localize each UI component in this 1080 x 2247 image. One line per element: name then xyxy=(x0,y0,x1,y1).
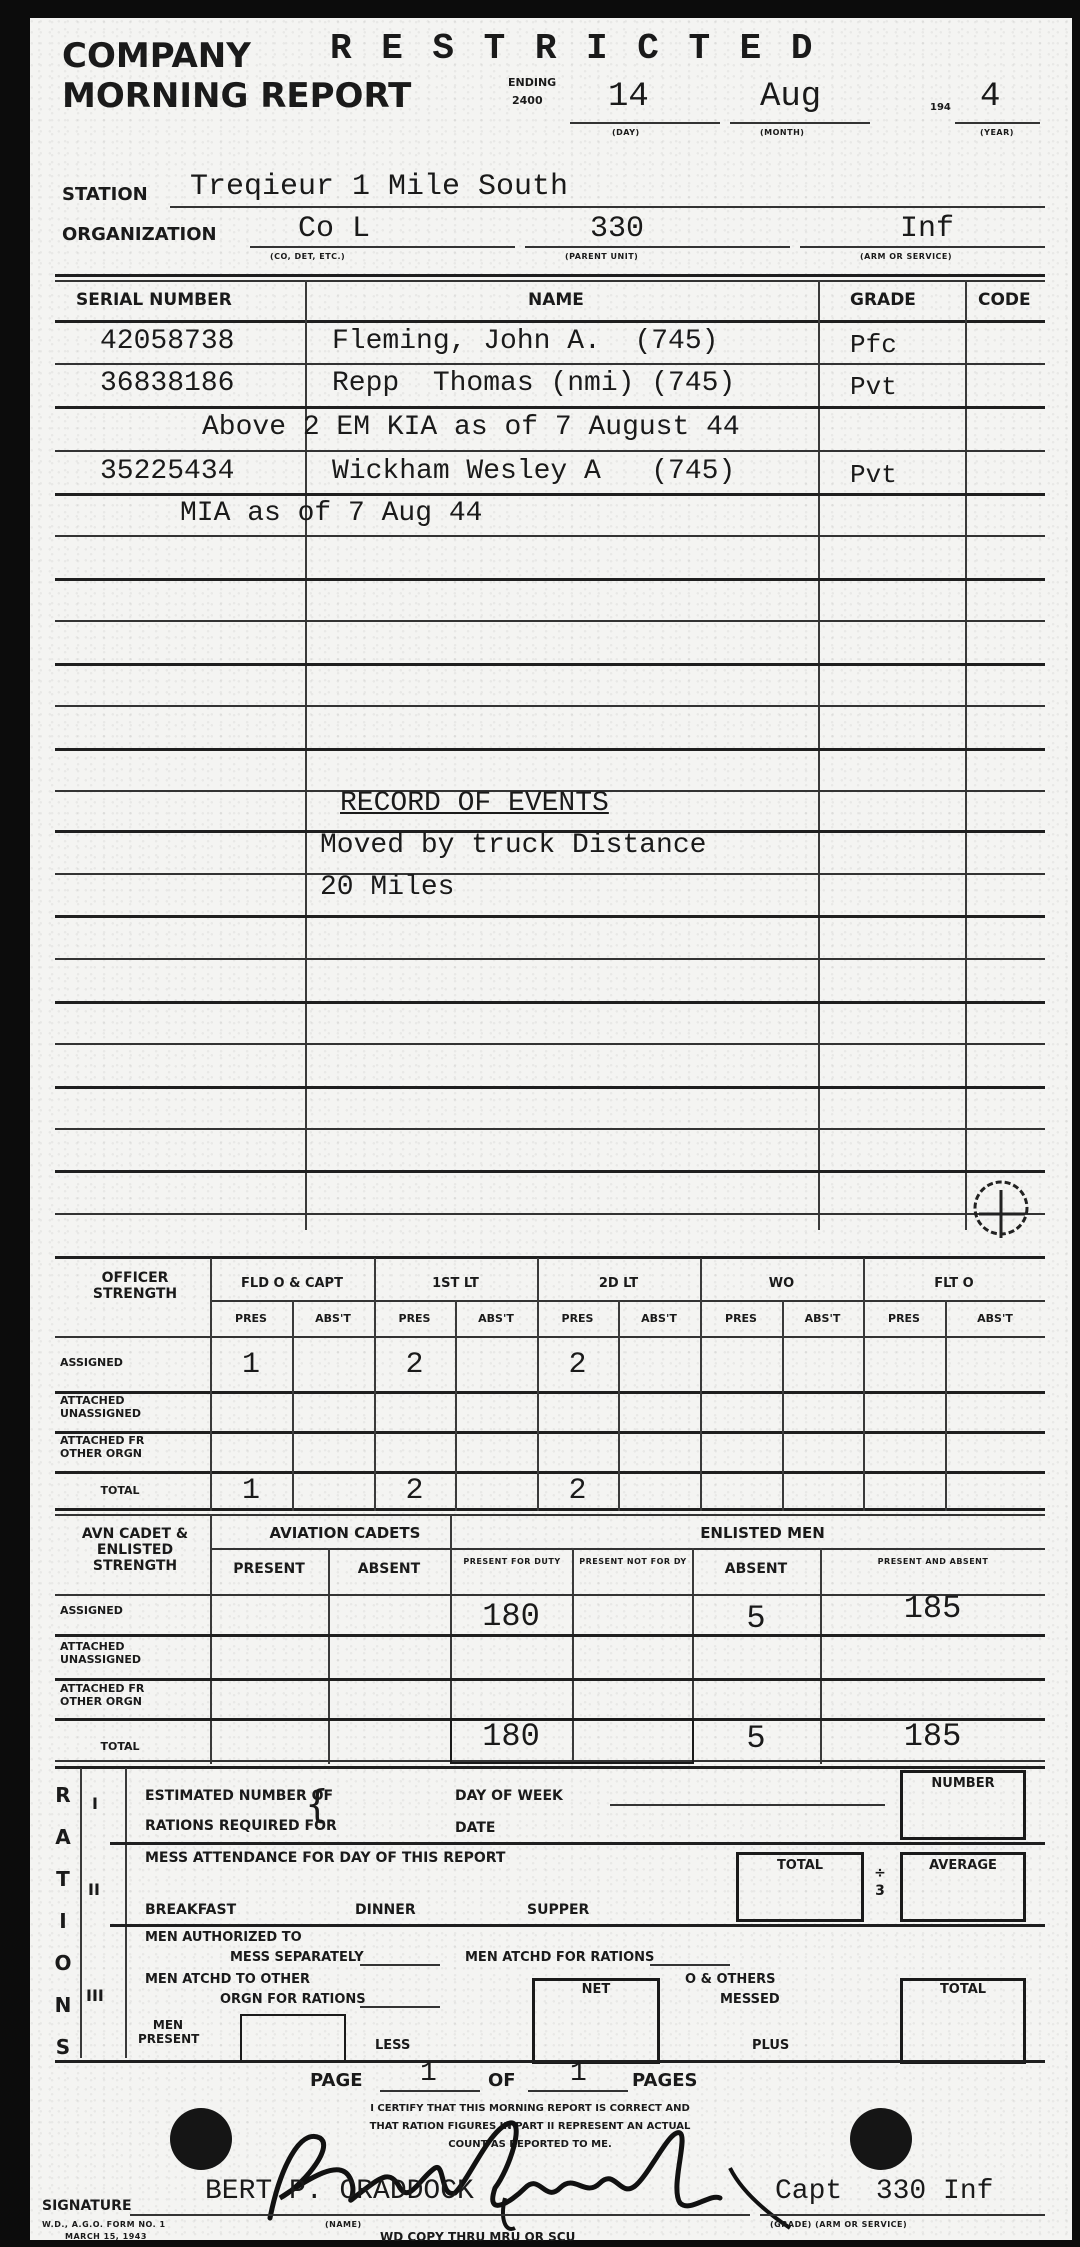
men-atchd-for-rations: MEN ATCHD FOR RATIONS xyxy=(465,1950,654,1965)
punch-hole-left xyxy=(170,2108,232,2170)
punch-hole-right xyxy=(850,2108,912,2170)
col-header-serial: SERIAL NUMBER xyxy=(76,290,232,310)
signer-name: BERT P. CRADDOCK xyxy=(205,2176,474,2207)
row4-name: Wickham Wesley A (745) xyxy=(332,456,735,487)
sub-header-abst: ABS'T xyxy=(782,1312,863,1325)
row4-serial: 35225434 xyxy=(100,456,234,487)
men-authorized-line2: MESS SEPARATELY xyxy=(230,1950,364,1965)
officer-total-fld-pres: 1 xyxy=(210,1474,292,1508)
enlisted-assigned-present-for-duty: 180 xyxy=(450,1598,572,1635)
day-of-week-label: DAY OF WEEK xyxy=(455,1788,563,1804)
row2-name: Repp Thomas (nmi) (745) xyxy=(332,368,735,399)
row1-serial: 42058738 xyxy=(100,326,234,357)
o-others-line2: MESSED xyxy=(720,1992,780,2007)
form-title-line1: COMPANY xyxy=(62,36,251,76)
rations-total-label: TOTAL xyxy=(900,1982,1026,1997)
divide-by-three: ÷ 3 xyxy=(868,1864,892,1900)
enlisted-assigned-present-and-absent: 185 xyxy=(820,1590,1045,1627)
men-atchd-other-line1: MEN ATCHD TO OTHER xyxy=(145,1972,310,1987)
dinner-label: DINNER xyxy=(355,1902,416,1918)
section-iii-numeral: III xyxy=(86,1986,104,2005)
enlisted-strength-header: AVN CADET & ENLISTED STRENGTH xyxy=(60,1526,210,1574)
record-of-events-line2: 20 Miles xyxy=(320,872,454,903)
row1-grade: Pfc xyxy=(850,330,897,360)
rations-side-letters: R A T I O N S xyxy=(52,1774,74,2068)
less-label: LESS xyxy=(375,2038,410,2053)
signer-grade-unit: Capt 330 Inf xyxy=(775,2176,993,2207)
enlisted-assigned-absent: 5 xyxy=(692,1600,820,1637)
arm-label: (ARM OR SERVICE) xyxy=(860,252,952,261)
officer-strength-header: OFFICER STRENGTH xyxy=(60,1270,210,1302)
officer-total-2d-pres: 2 xyxy=(537,1474,618,1508)
group-flt-o: FLT O xyxy=(863,1276,1045,1291)
organization-arm: Inf xyxy=(900,212,954,246)
morning-report-form: COMPANY MORNING REPORT R E S T R I C T E… xyxy=(30,18,1072,2240)
men-authorized-line1: MEN AUTHORIZED TO xyxy=(145,1930,302,1945)
col-header-grade: GRADE xyxy=(850,290,916,310)
mess-attendance-label: MESS ATTENDANCE FOR DAY OF THIS REPORT xyxy=(145,1850,505,1866)
sub-header-present-not-for-duty: PRESENT NOT FOR DY xyxy=(574,1554,692,1570)
brace-icon: { xyxy=(305,1782,329,1826)
month-label: (MONTH) xyxy=(760,128,804,137)
sub-header-pres: PRES xyxy=(537,1312,618,1325)
group-1st-lt: 1ST LT xyxy=(374,1276,537,1291)
sub-header-cadets-present: PRESENT xyxy=(210,1561,328,1577)
col-header-code: CODE xyxy=(978,290,1031,310)
organization-parent-unit: 330 xyxy=(590,212,644,246)
col-header-name: NAME xyxy=(528,290,584,310)
company-label: (CO, DET, ETC.) xyxy=(270,252,345,261)
report-month: Aug xyxy=(760,78,821,116)
section-ii-numeral: II xyxy=(88,1880,100,1899)
group-2d-lt: 2D LT xyxy=(537,1276,700,1291)
signature-label: SIGNATURE xyxy=(42,2198,132,2214)
date-label: DATE xyxy=(455,1820,495,1836)
ending-time: 2400 xyxy=(512,94,543,107)
enlisted-total-absent: 5 xyxy=(692,1720,820,1757)
sub-header-abst: ABS'T xyxy=(945,1312,1045,1325)
handwritten-signature xyxy=(240,2108,800,2238)
men-atchd-other-line2: ORGN FOR RATIONS xyxy=(220,1992,366,2007)
number-label: NUMBER xyxy=(900,1776,1026,1791)
day-label: (DAY) xyxy=(612,128,640,137)
row4-grade: Pvt xyxy=(850,460,897,490)
report-day: 14 xyxy=(608,78,649,116)
record-of-events-line1: Moved by truck Distance xyxy=(320,830,706,861)
routing-note: WD COPY THRU MRU OR SCU xyxy=(380,2230,575,2244)
officer-assigned-2d-pres: 2 xyxy=(537,1348,618,1382)
year-label: (YEAR) xyxy=(980,128,1014,137)
parent-unit-label: (PARENT UNIT) xyxy=(565,252,638,261)
form-date: MARCH 15, 1943 xyxy=(65,2232,147,2241)
section-i-numeral: I xyxy=(92,1794,98,1813)
group-wo: WO xyxy=(700,1276,863,1291)
officer-row-label-total: TOTAL xyxy=(60,1484,180,1497)
officer-row-label-assigned: ASSIGNED xyxy=(60,1356,208,1369)
plus-label: PLUS xyxy=(752,2038,789,2053)
average-label: AVERAGE xyxy=(900,1858,1026,1873)
group-enlisted-men: ENLISTED MEN xyxy=(480,1524,1045,1542)
enlisted-row-label-total: TOTAL xyxy=(60,1740,180,1753)
o-others-line1: O & OTHERS xyxy=(685,1972,776,1987)
sub-header-pres: PRES xyxy=(374,1312,455,1325)
ending-label: ENDING xyxy=(508,76,556,89)
sub-header-pres: PRES xyxy=(700,1312,782,1325)
row2-serial: 36838186 xyxy=(100,368,234,399)
total-pages: 1 xyxy=(570,2058,587,2089)
sub-header-abst: ABS'T xyxy=(455,1312,537,1325)
grade-label: (GRADE) (ARM OR SERVICE) xyxy=(770,2220,907,2229)
supper-label: SUPPER xyxy=(527,1902,589,1918)
of-label: OF xyxy=(488,2070,516,2091)
organization-company: Co L xyxy=(298,212,370,246)
officer-assigned-fld-pres: 1 xyxy=(210,1348,292,1382)
sub-header-pres: PRES xyxy=(210,1312,292,1325)
form-number: W.D., A.G.O. FORM NO. 1 xyxy=(42,2220,166,2229)
form-title-line2: MORNING REPORT xyxy=(62,76,411,116)
station-label: STATION xyxy=(62,184,148,205)
pages-label: PAGES xyxy=(632,2070,698,2091)
group-aviation-cadets: AVIATION CADETS xyxy=(210,1524,480,1542)
sub-header-pres: PRES xyxy=(863,1312,945,1325)
enlisted-row-label-attached-fr: ATTACHED FR OTHER ORGN xyxy=(60,1682,170,1708)
station-value: Treqieur 1 Mile South xyxy=(190,170,568,204)
row5-remark: MIA as of 7 Aug 44 xyxy=(180,498,482,529)
sub-header-absent: ABSENT xyxy=(692,1561,820,1577)
enlisted-total-present-for-duty: 180 xyxy=(450,1718,572,1755)
year-prefix: 194 xyxy=(930,102,951,113)
officer-row-label-attached-fr: ATTACHED FR OTHER ORGN xyxy=(60,1434,170,1460)
organization-label: ORGANIZATION xyxy=(62,224,217,245)
mess-total-label: TOTAL xyxy=(736,1858,864,1873)
officer-assigned-1st-pres: 2 xyxy=(374,1348,455,1382)
page-number: 1 xyxy=(420,2058,437,2089)
circled-cross-mark-icon xyxy=(965,1176,1037,1246)
men-present-box[interactable] xyxy=(240,2014,346,2062)
men-present-label: MEN PRESENT xyxy=(138,2018,198,2046)
sub-header-present-for-duty: PRESENT FOR DUTY xyxy=(452,1554,572,1570)
name-label: (NAME) xyxy=(325,2220,362,2229)
sub-header-abst: ABS'T xyxy=(292,1312,374,1325)
page-label: PAGE xyxy=(310,2070,363,2091)
report-year: 4 xyxy=(980,78,1000,116)
sub-header-abst: ABS'T xyxy=(618,1312,700,1325)
enlisted-row-label-attached-unassigned: ATTACHED UNASSIGNED xyxy=(60,1640,170,1666)
officer-row-label-attached-unassigned: ATTACHED UNASSIGNED xyxy=(60,1394,170,1420)
net-label: NET xyxy=(532,1982,660,1997)
sub-header-present-and-absent: PRESENT AND ABSENT xyxy=(822,1554,1044,1570)
sub-header-cadets-absent: ABSENT xyxy=(328,1561,450,1577)
record-of-events-heading: RECORD OF EVENTS xyxy=(340,788,609,819)
row3-remark: Above 2 EM KIA as of 7 August 44 xyxy=(202,412,740,443)
row2-grade: Pvt xyxy=(850,372,897,402)
group-fld-o-capt: FLD O & CAPT xyxy=(210,1276,374,1291)
enlisted-row-label-assigned: ASSIGNED xyxy=(60,1604,123,1617)
officer-total-1st-pres: 2 xyxy=(374,1474,455,1508)
breakfast-label: BREAKFAST xyxy=(145,1902,236,1918)
enlisted-total-present-and-absent: 185 xyxy=(820,1718,1045,1755)
row1-name: Fleming, John A. (745) xyxy=(332,326,718,357)
classification-stamp: R E S T R I C T E D xyxy=(330,28,816,69)
